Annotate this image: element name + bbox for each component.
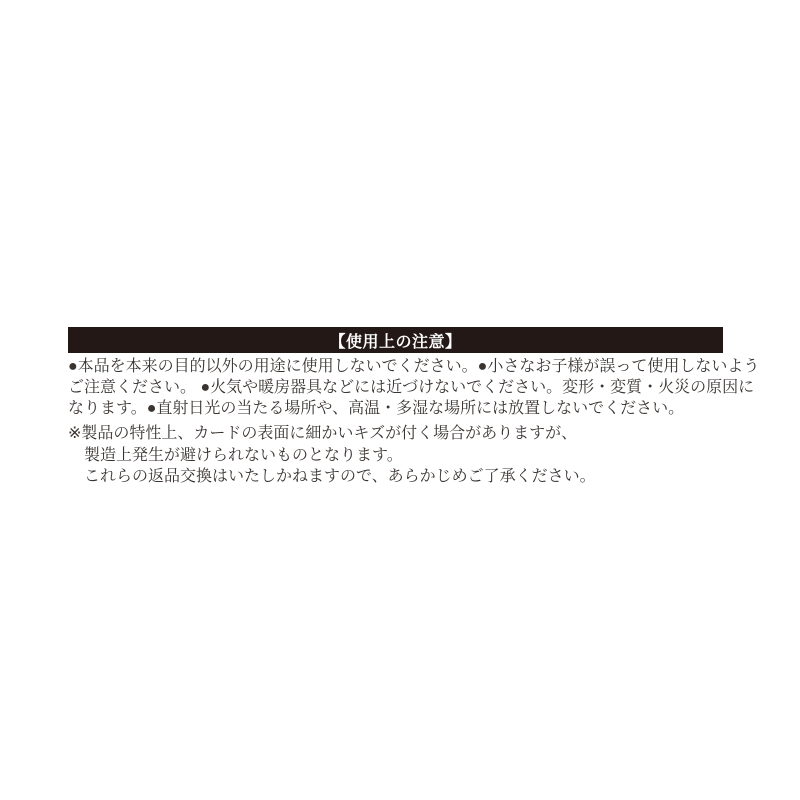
precautions-line: ご注意ください。 ●火気や暖房器具などには近づけないでください。変形・変質・火災… [68,377,748,398]
precautions-line: なります。●直射日光の当たる場所や、高温・多湿な場所には放置しないでください。 [68,398,748,419]
note-line: ※製品の特性上、カードの表面に細かいキズが付く場合がありますが、 [68,423,748,445]
usage-notice-page: 【使用上の注意】 ●本品を本来の目的以外の用途に使用しないでください。●小さなお… [0,0,800,800]
precautions-line: ●本品を本来の目的以外の用途に使用しないでください。●小さなお子様が誤って使用し… [68,356,748,377]
usage-notice-header-bar: 【使用上の注意】 [68,327,723,353]
note-line: これらの返品交換はいたしかねますので、あらかじめご了承ください。 [68,466,748,488]
usage-notice-header-title: 【使用上の注意】 [329,329,461,352]
precautions-paragraph: ●本品を本来の目的以外の用途に使用しないでください。●小さなお子様が誤って使用し… [68,356,748,419]
card-scratch-note-paragraph: ※製品の特性上、カードの表面に細かいキズが付く場合がありますが、 製造上発生が避… [68,423,748,488]
note-line: 製造上発生が避けられないものとなります。 [68,445,748,467]
